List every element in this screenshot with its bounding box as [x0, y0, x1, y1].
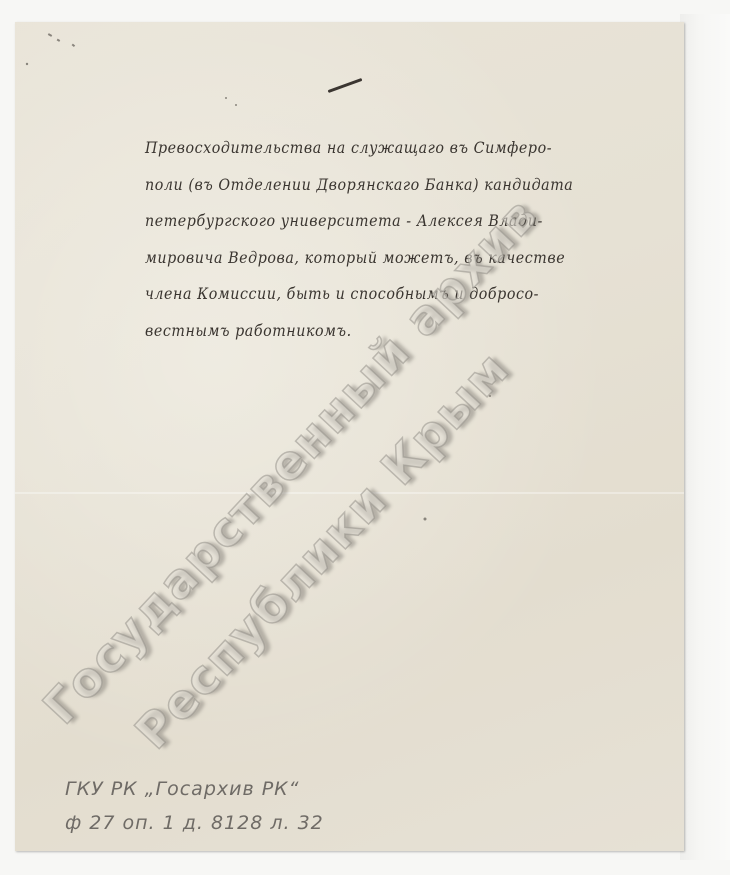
archive-institution: ГКУ РК „Госархив РК“	[65, 772, 324, 806]
body-line: петербургского университета - Алексея Вл…	[145, 203, 642, 240]
body-line: Превосходительства на служащаго въ Симфе…	[145, 130, 642, 167]
body-line: мировича Ведрова, который можетъ, въ кач…	[145, 240, 642, 277]
handwritten-body: Превосходительства на служащаго въ Симфе…	[145, 130, 684, 349]
document-page: Превосходительства на служащаго въ Симфе…	[15, 22, 684, 851]
body-line: поли (въ Отделении Дворянскаго Банка) ка…	[145, 167, 642, 204]
archive-fond-reference: ф 27 оп. 1 д. 8128 л. 32	[65, 806, 324, 840]
body-line: вестнымъ работникомъ.	[145, 313, 642, 350]
archive-reference: ГКУ РК „Госархив РК“ ф 27 оп. 1 д. 8128 …	[65, 772, 324, 840]
body-line: члена Комиссии, быть и способнымъ и добр…	[145, 276, 642, 313]
scanner-backing-sheet	[680, 14, 730, 860]
